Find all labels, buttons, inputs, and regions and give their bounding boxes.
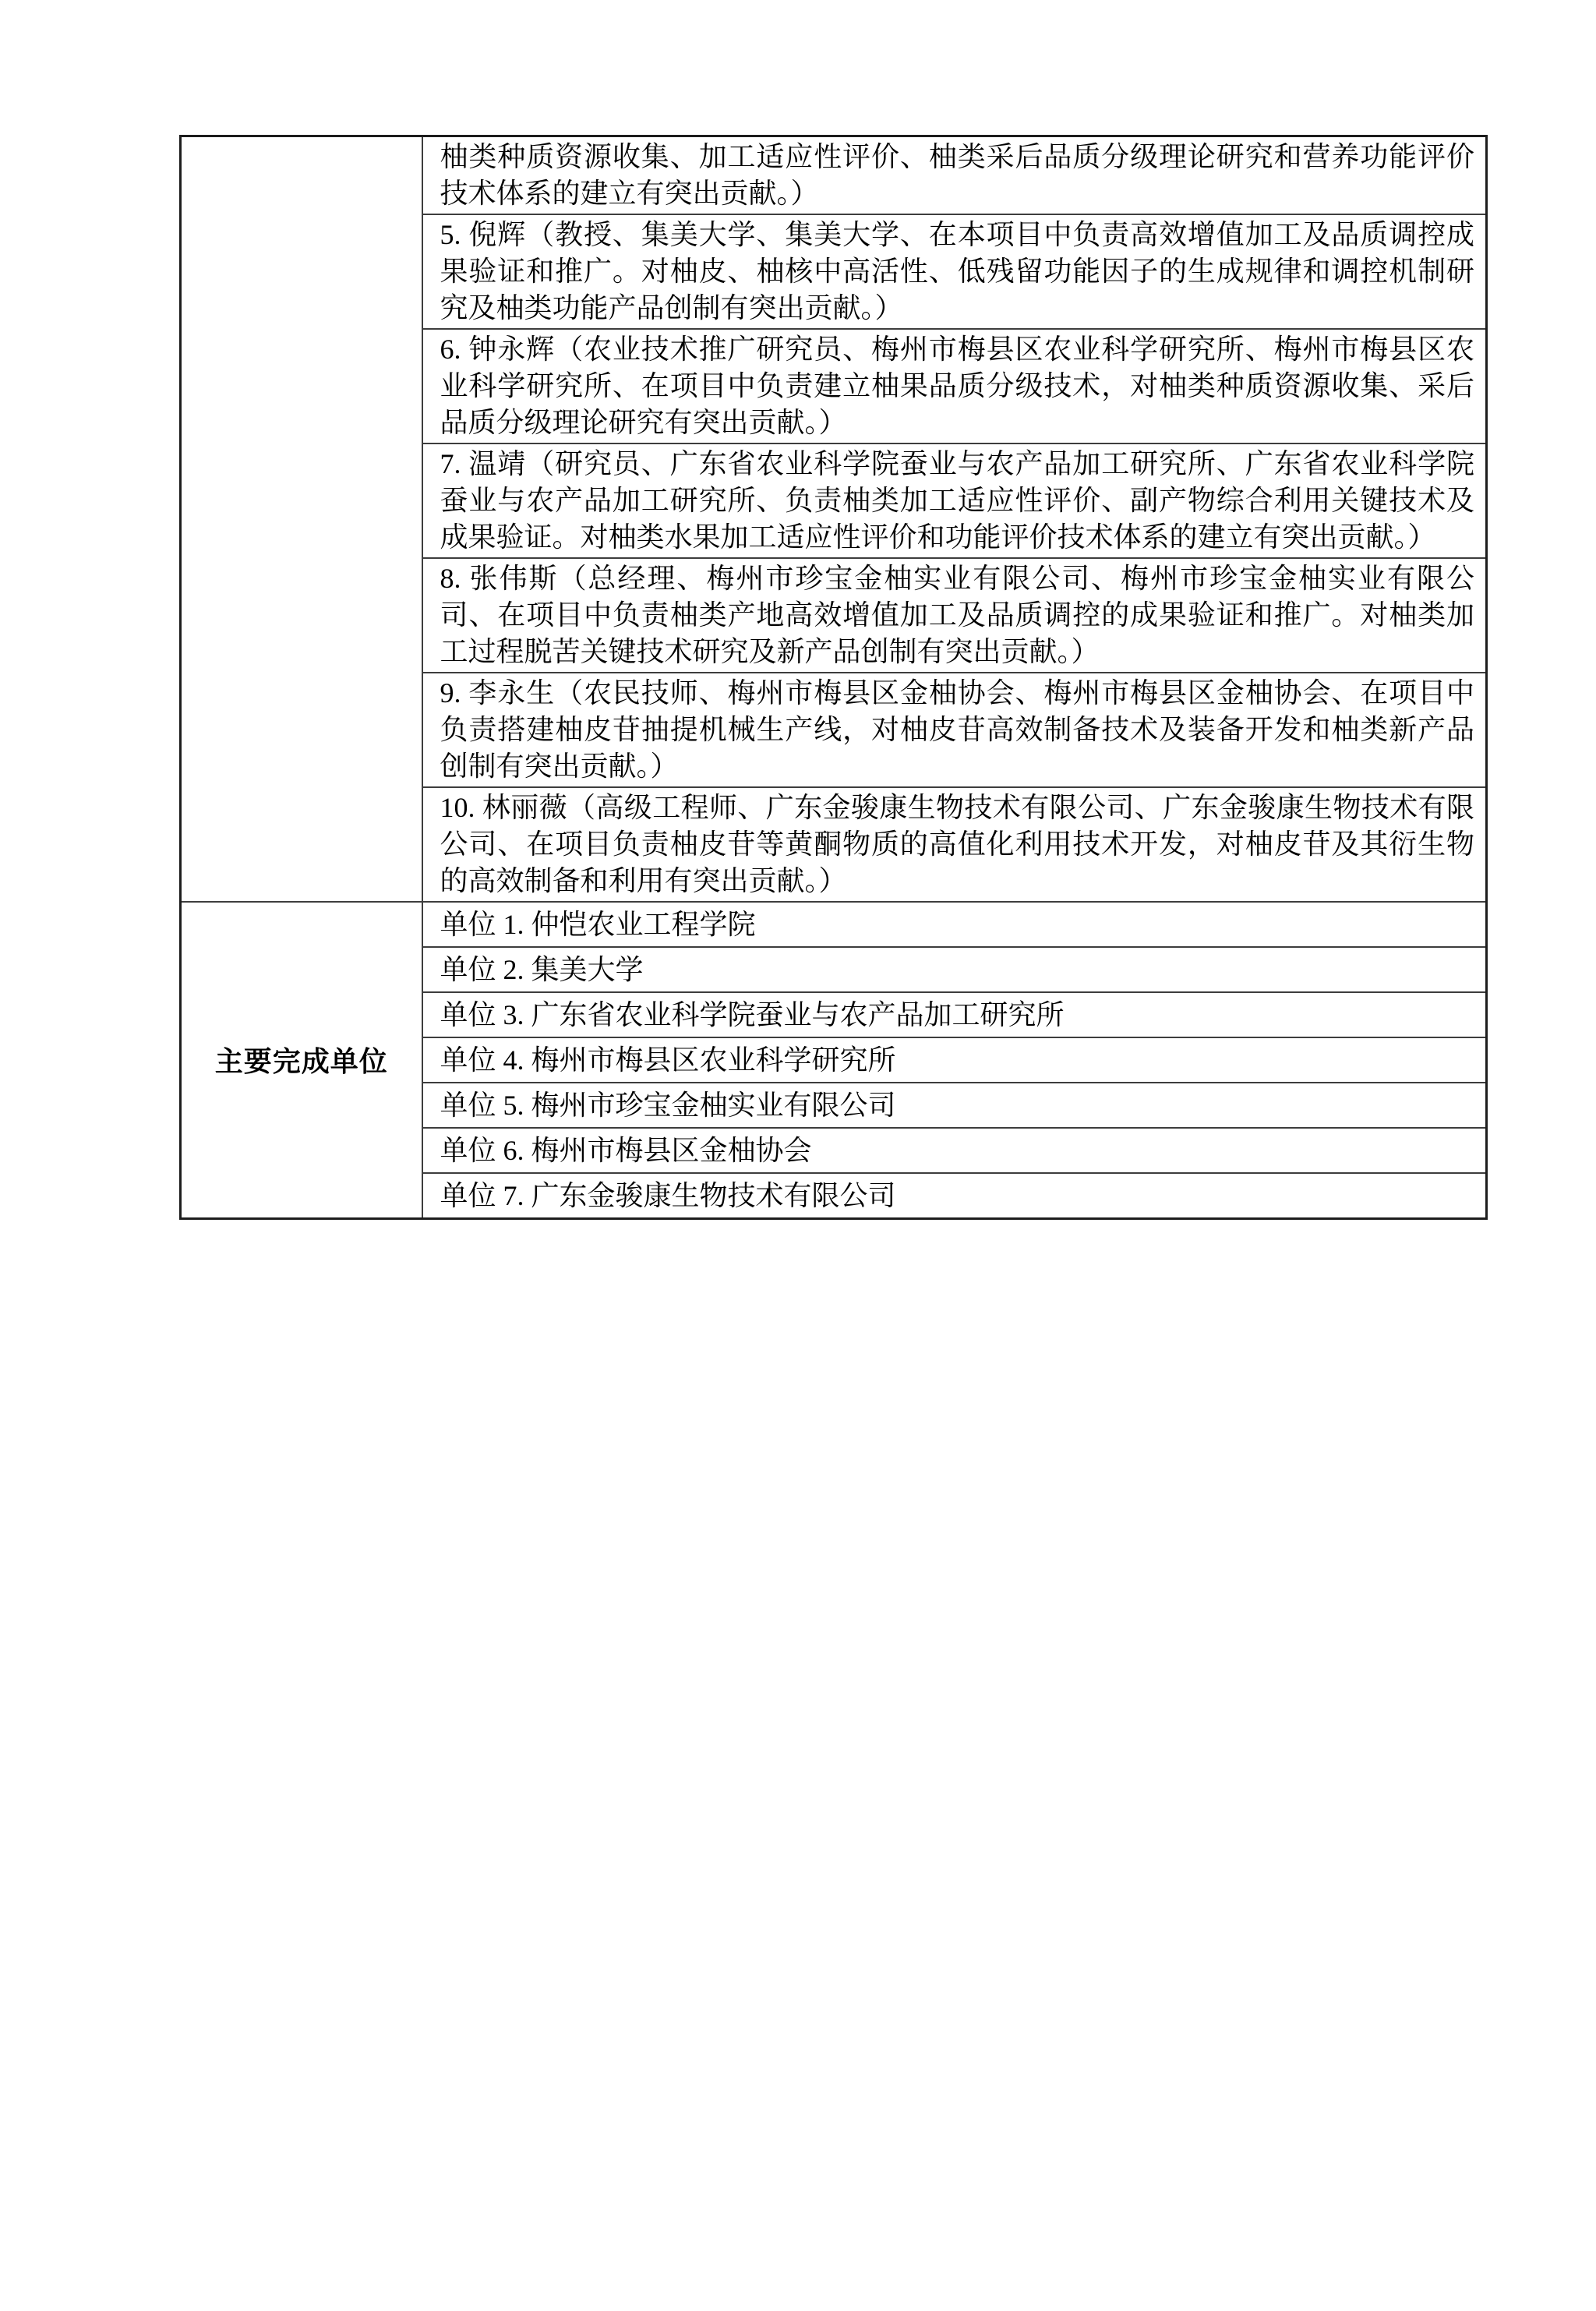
member-paragraph-7: 7. 温靖（研究员、广东省农业科学院蚕业与农产品加工研究所、广东省农业科学院蚕业… xyxy=(422,443,1487,558)
member-paragraph-10: 10. 林丽薇（高级工程师、广东金骏康生物技术有限公司、广东金骏康生物技术有限公… xyxy=(422,787,1487,902)
member-paragraph-6: 6. 钟永辉（农业技术推广研究员、梅州市梅县区农业科学研究所、梅州市梅县区农业科… xyxy=(422,329,1487,443)
unit-row-1: 单位 1. 仲恺农业工程学院 xyxy=(422,902,1487,947)
unit-row-7: 单位 7. 广东金骏康生物技术有限公司 xyxy=(422,1173,1487,1218)
table-row: 柚类种质资源收集、加工适应性评价、柚类采后品质分级理论研究和营养功能评价技术体系… xyxy=(181,136,1487,215)
unit-row-3: 单位 3. 广东省农业科学院蚕业与农产品加工研究所 xyxy=(422,992,1487,1037)
project-completion-table: 柚类种质资源收集、加工适应性评价、柚类采后品质分级理论研究和营养功能评价技术体系… xyxy=(179,135,1488,1220)
members-column-spacer xyxy=(181,136,422,903)
unit-row-5: 单位 5. 梅州市珍宝金柚实业有限公司 xyxy=(422,1083,1487,1128)
member-paragraph-8: 8. 张伟斯（总经理、梅州市珍宝金柚实业有限公司、梅州市珍宝金柚实业有限公司、在… xyxy=(422,558,1487,673)
table-row: 主要完成单位 单位 1. 仲恺农业工程学院 xyxy=(181,902,1487,947)
units-column-header: 主要完成单位 xyxy=(181,902,422,1218)
unit-row-2: 单位 2. 集美大学 xyxy=(422,947,1487,992)
units-column-header-label: 主要完成单位 xyxy=(215,1045,388,1077)
member-paragraph-4-continued: 柚类种质资源收集、加工适应性评价、柚类采后品质分级理论研究和营养功能评价技术体系… xyxy=(422,136,1487,215)
document-page: 柚类种质资源收集、加工适应性评价、柚类采后品质分级理论研究和营养功能评价技术体系… xyxy=(0,0,1596,2311)
member-paragraph-5: 5. 倪辉（教授、集美大学、集美大学、在本项目中负责高效增值加工及品质调控成果验… xyxy=(422,214,1487,329)
member-paragraph-9: 9. 李永生（农民技师、梅州市梅县区金柚协会、梅州市梅县区金柚协会、在项目中负责… xyxy=(422,673,1487,787)
unit-row-4: 单位 4. 梅州市梅县区农业科学研究所 xyxy=(422,1037,1487,1083)
unit-row-6: 单位 6. 梅州市梅县区金柚协会 xyxy=(422,1128,1487,1173)
